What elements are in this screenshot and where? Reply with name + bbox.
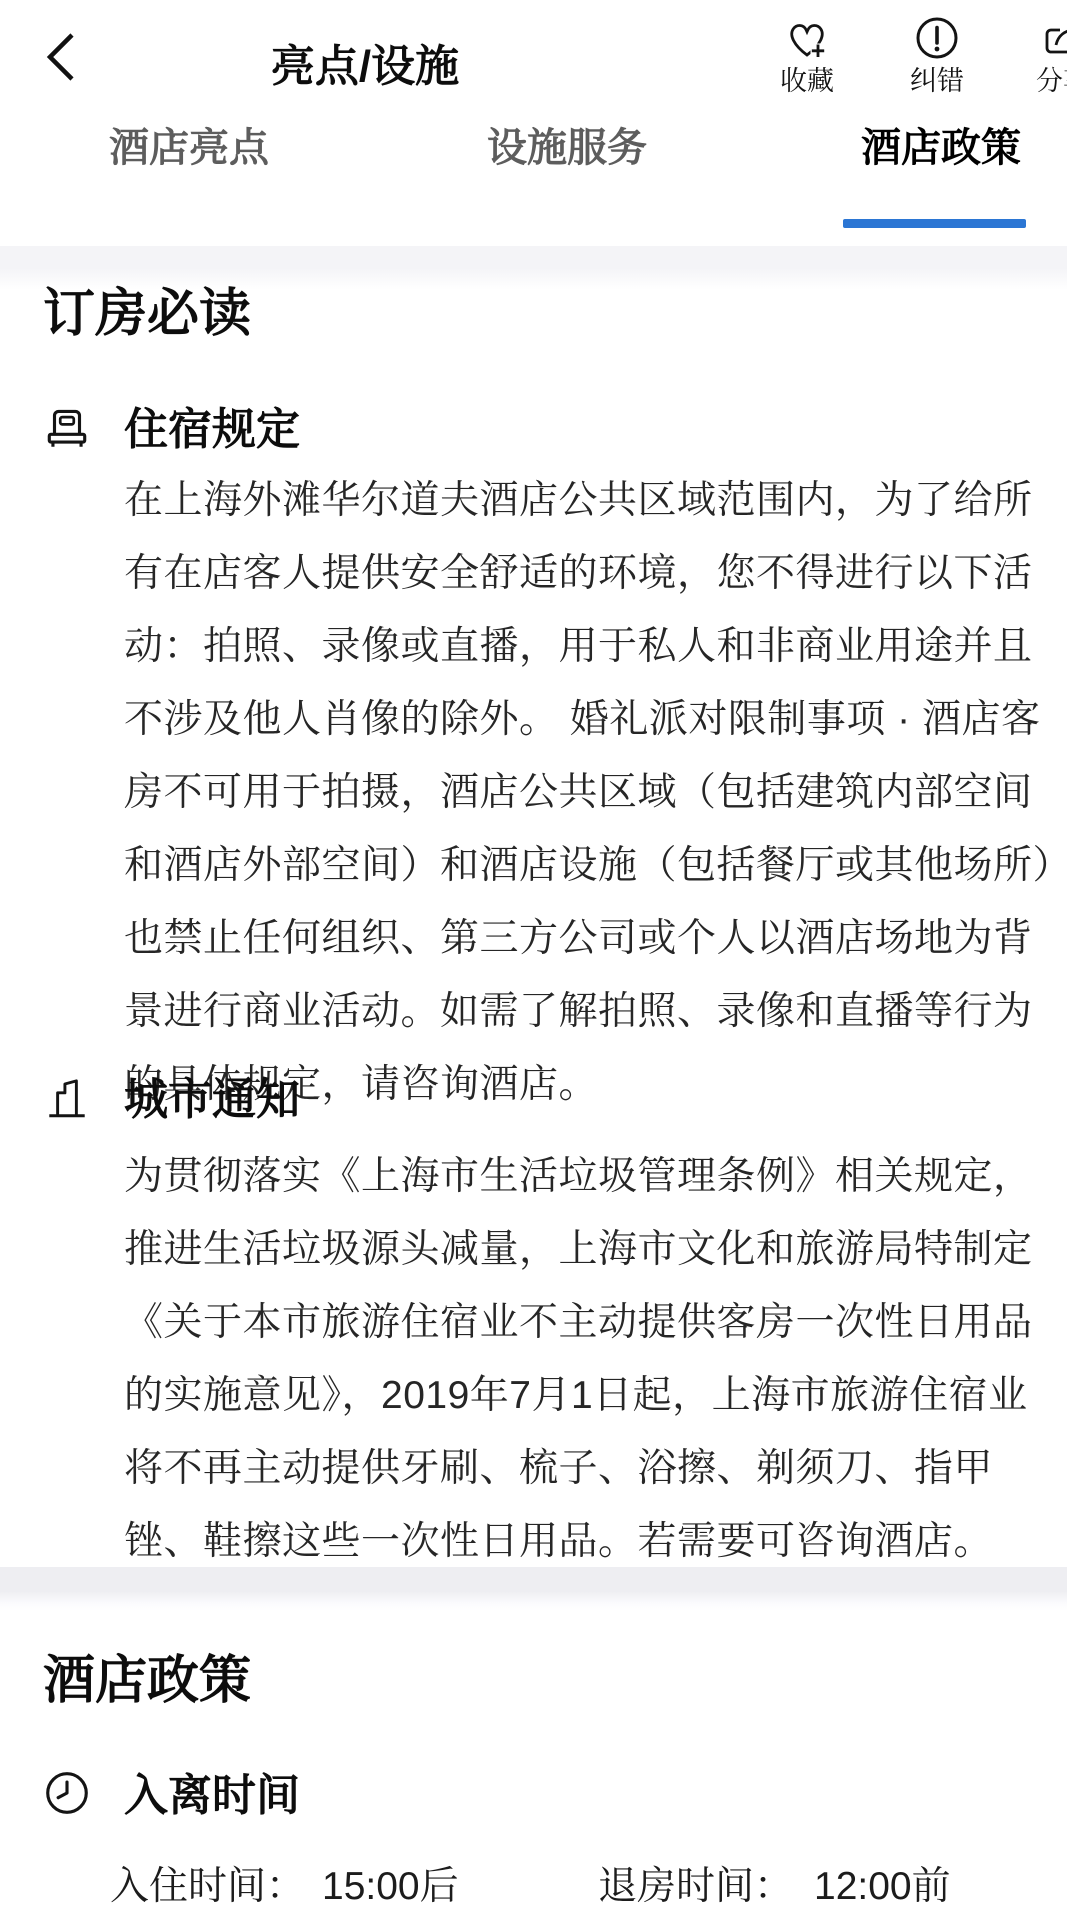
back-button[interactable] (34, 26, 90, 88)
building-icon (42, 1072, 92, 1122)
share-label: 分享 (1036, 65, 1067, 97)
checkout-time-value: 12:00前 (814, 1864, 951, 1910)
city-notice-body: 为贯彻落实《上海市生活垃圾管理条例》相关规定，推进生活垃圾源头减量，上海市文化和… (124, 1140, 1056, 1578)
city-notice-heading: 城市通知 (124, 1074, 300, 1126)
share-button[interactable]: 分享 (1013, 14, 1067, 97)
accommodation-rules-body: 在上海外滩华尔道夫酒店公共区域范围内，为了给所有在店客人提供安全舒适的环境，您不… (124, 464, 1056, 1121)
active-tab-underline (843, 219, 1026, 228)
booking-notes-title: 订房必读 (43, 283, 251, 345)
tab-hotel-policy[interactable]: 酒店政策 (861, 122, 1021, 174)
clock-icon (42, 1768, 92, 1818)
checkin-time-value: 15:00后 (322, 1864, 459, 1910)
checkin-checkout-heading: 入离时间 (124, 1770, 300, 1822)
page-title: 亮点/设施 (271, 30, 459, 94)
checkout-time-label: 退房时间： (598, 1864, 793, 1910)
exclamation-circle-icon (913, 14, 961, 62)
highlights-facilities-page: 亮点/设施 收藏 纠错 分享 (0, 0, 1067, 1920)
tab-hotel-highlights[interactable]: 酒店亮点 (109, 122, 269, 174)
report-error-label: 纠错 (910, 65, 964, 97)
tab-facility-services[interactable]: 设施服务 (487, 122, 647, 174)
bed-icon (42, 402, 92, 452)
share-icon (1039, 14, 1067, 62)
accommodation-rules-heading: 住宿规定 (124, 404, 300, 456)
report-error-button[interactable]: 纠错 (887, 14, 987, 97)
hotel-policy-title: 酒店政策 (43, 1650, 251, 1712)
favorite-button[interactable]: 收藏 (757, 14, 857, 97)
favorite-label: 收藏 (780, 65, 834, 97)
chevron-left-icon (39, 30, 85, 84)
heart-plus-icon (783, 14, 831, 62)
section-divider (0, 1567, 1067, 1611)
checkin-time-label: 入住时间： (110, 1864, 305, 1910)
